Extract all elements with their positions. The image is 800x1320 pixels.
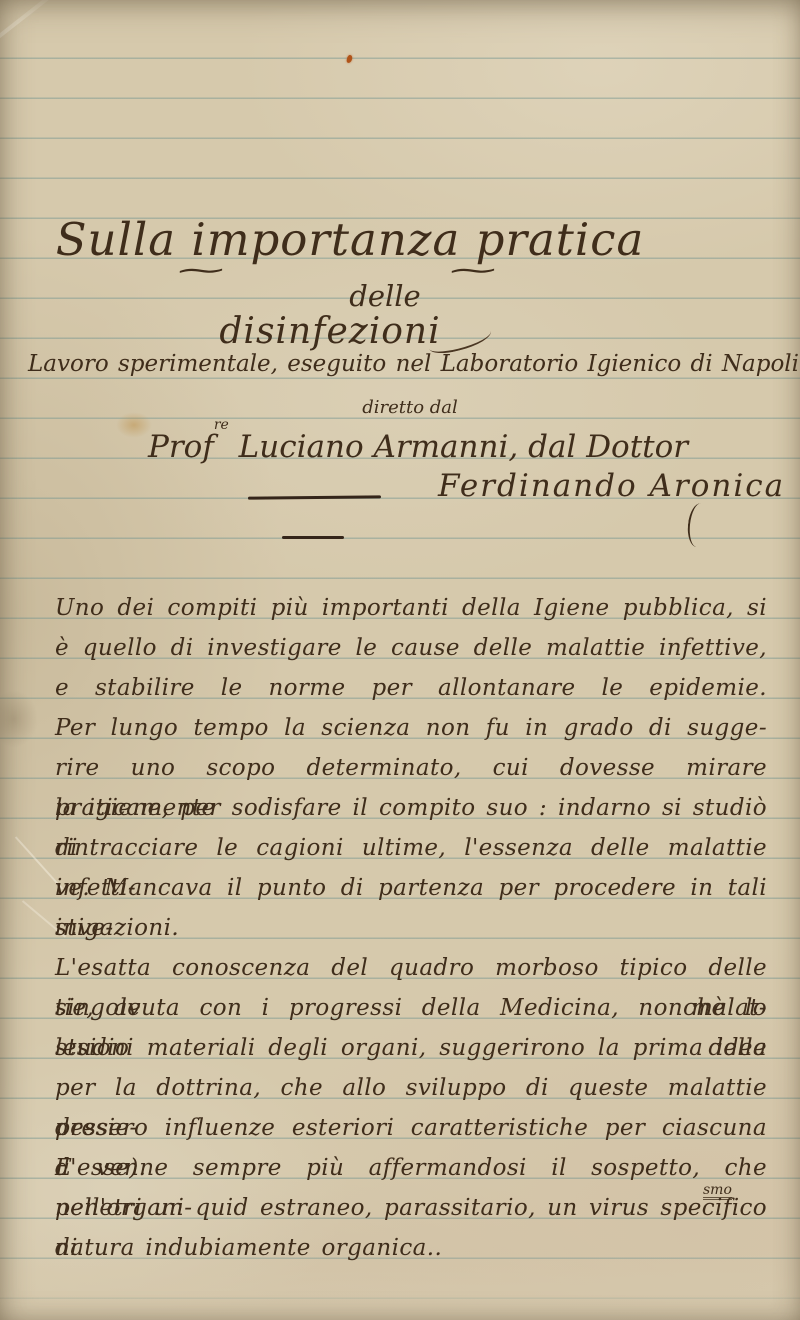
body-line: la igiene, per sodisfare il compito suo …	[55, 788, 767, 828]
manuscript-title-delle: delle	[0, 279, 770, 313]
credit-prof: Prof	[148, 429, 214, 465]
manuscript-title: Sulla importanza pratica	[0, 213, 700, 266]
manuscript-page: Sulla importanza pratica ∼ ∼ delle disin…	[0, 0, 800, 1320]
body-line: per la dottrina, che allo sviluppo di qu…	[55, 1068, 767, 1108]
body-line: Uno dei compiti più importanti della Igi…	[55, 588, 767, 628]
body-line: rintracciare le cagioni ultime, l'essenz…	[55, 828, 767, 868]
body-line: ve. Mancava il punto di partenza per pro…	[55, 868, 767, 908]
credit-author: Ferdinando Aronica	[438, 468, 785, 504]
body-line: L'esatta conoscenza del quadro morboso t…	[55, 948, 767, 988]
body-line: lesioni materiali degli organi, suggerir…	[55, 1028, 767, 1068]
body-line: dessero influenze esteriori caratteristi…	[55, 1108, 767, 1148]
credit-byline-rest: Luciano Armanni, dal Dottor	[229, 429, 688, 465]
credit-diretto-dal: diretto dal	[0, 397, 800, 418]
body-line: penetri un quid estraneo, parassitario, …	[55, 1188, 767, 1228]
manuscript-subtitle: Lavoro sperimentale, eseguito nel Labora…	[28, 351, 772, 377]
body-line: è quello di investigare le cause delle m…	[55, 628, 767, 668]
body-line: tie, avuta con i progressi della Medicin…	[55, 988, 767, 1028]
credit-byline: Profre Luciano Armanni, dal Dottor	[148, 417, 688, 465]
handdrawn-rule-short	[282, 536, 344, 539]
body-line: rire uno scopo determinato, cui dovesse …	[55, 748, 767, 788]
body-inset-word: smo	[703, 1183, 732, 1200]
body-line: E venne sempre più affermandosi il sospe…	[55, 1148, 767, 1188]
body-line: stigazioni.	[55, 908, 767, 948]
credit-prof-superscript: re	[214, 417, 229, 433]
body-line: natura indubiamente organica..	[55, 1228, 767, 1268]
body-line: Per lungo tempo la scienza non fu in gra…	[55, 708, 767, 748]
paper-crease	[0, 0, 57, 42]
manuscript-body: Uno dei compiti più importanti della Igi…	[55, 588, 767, 1268]
manuscript-title-disinfezioni: disinfezioni	[0, 311, 660, 352]
body-line: e stabilire le norme per allontanare le …	[55, 668, 767, 708]
